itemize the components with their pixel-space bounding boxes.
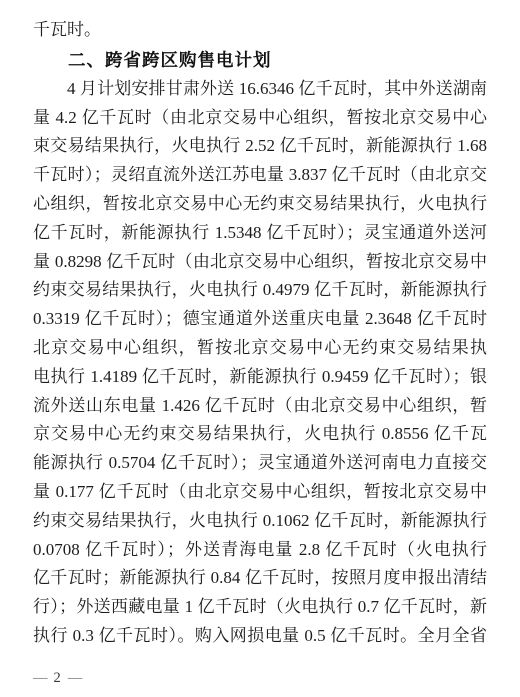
- paragraph-line: 量 4.2 亿千瓦时（由北京交易中心组织，暂按北京交易中心无约: [33, 104, 487, 133]
- paragraph-line: 执行 0.3 亿千瓦时）。购入网损电量 0.5 亿千瓦时。全月全省联络: [33, 622, 487, 651]
- paragraph-line: 流外送山东电量 1.426 亿千瓦时（由北京交易中心组织，暂按北: [33, 392, 487, 421]
- paragraph-line: 0.3319 亿千瓦时）；德宝通道外送重庆电量 2.3648 亿千瓦时（由: [33, 305, 487, 334]
- paragraph-line: 北京交易中心组织，暂按北京交易中心无约束交易结果执行，火: [33, 334, 487, 363]
- previous-paragraph-tail: 千瓦时。: [33, 16, 487, 45]
- paragraph-line: 0.0708 亿千瓦时）；外送青海电量 2.8 亿千瓦时（火电执行 1.96: [33, 536, 487, 565]
- footer-dash-right: —: [68, 670, 82, 686]
- footer-dash-left: —: [33, 670, 47, 686]
- document-body: 千瓦时。 二、跨省跨区购售电计划 4 月计划安排甘肃外送 16.6346 亿千瓦…: [33, 16, 487, 651]
- paragraph-line: 心组织，暂按北京交易中心无约束交易结果执行，火电执行 2.3022: [33, 190, 487, 219]
- document-page: 千瓦时。 二、跨省跨区购售电计划 4 月计划安排甘肃外送 16.6346 亿千瓦…: [0, 0, 520, 697]
- page-footer: — 2 —: [33, 670, 81, 686]
- paragraph-line: 量 0.8298 亿千瓦时（由北京交易中心组织，暂按北京交易中心无: [33, 248, 487, 277]
- paragraph-line: 行）；外送西藏电量 1 亿千瓦时（火电执行 0.7 亿千瓦时，新能源: [33, 593, 487, 622]
- paragraph-line: 约束交易结果执行，火电执行 0.4979 亿千瓦时，新能源执行: [33, 276, 487, 305]
- paragraph-line: 千瓦时）；灵绍直流外送江苏电量 3.837 亿千瓦时（由北京交易中: [33, 161, 487, 190]
- page-number: 2: [54, 670, 61, 686]
- paragraph-line: 约束交易结果执行，火电执行 0.1062 亿千瓦时，新能源执行: [33, 507, 487, 536]
- paragraph-line: 量 0.177 亿千瓦时（由北京交易中心组织，暂按北京交易中心无: [33, 478, 487, 507]
- section-heading: 二、跨省跨区购售电计划: [33, 45, 487, 75]
- paragraph-line: 亿千瓦时；新能源执行 0.84 亿千瓦时，按照月度申报出清结果执: [33, 564, 487, 593]
- paragraph-line: 4 月计划安排甘肃外送 16.6346 亿千瓦时，其中外送湖南电: [33, 75, 487, 104]
- paragraph-line: 京交易中心无约束交易结果执行，火电执行 0.8556 亿千瓦时，新: [33, 420, 487, 449]
- paragraph-line: 能源执行 0.5704 亿千瓦时）；灵宝通道外送河南电力直接交易电: [33, 449, 487, 478]
- paragraph-line: 束交易结果执行，火电执行 2.52 亿千瓦时，新能源执行 1.68 亿: [33, 132, 487, 161]
- paragraph-line: 电执行 1.4189 亿千瓦时，新能源执行 0.9459 亿千瓦时）；银东直: [33, 363, 487, 392]
- paragraph-line: 亿千瓦时，新能源执行 1.5348 亿千瓦时）；灵宝通道外送河南电: [33, 219, 487, 248]
